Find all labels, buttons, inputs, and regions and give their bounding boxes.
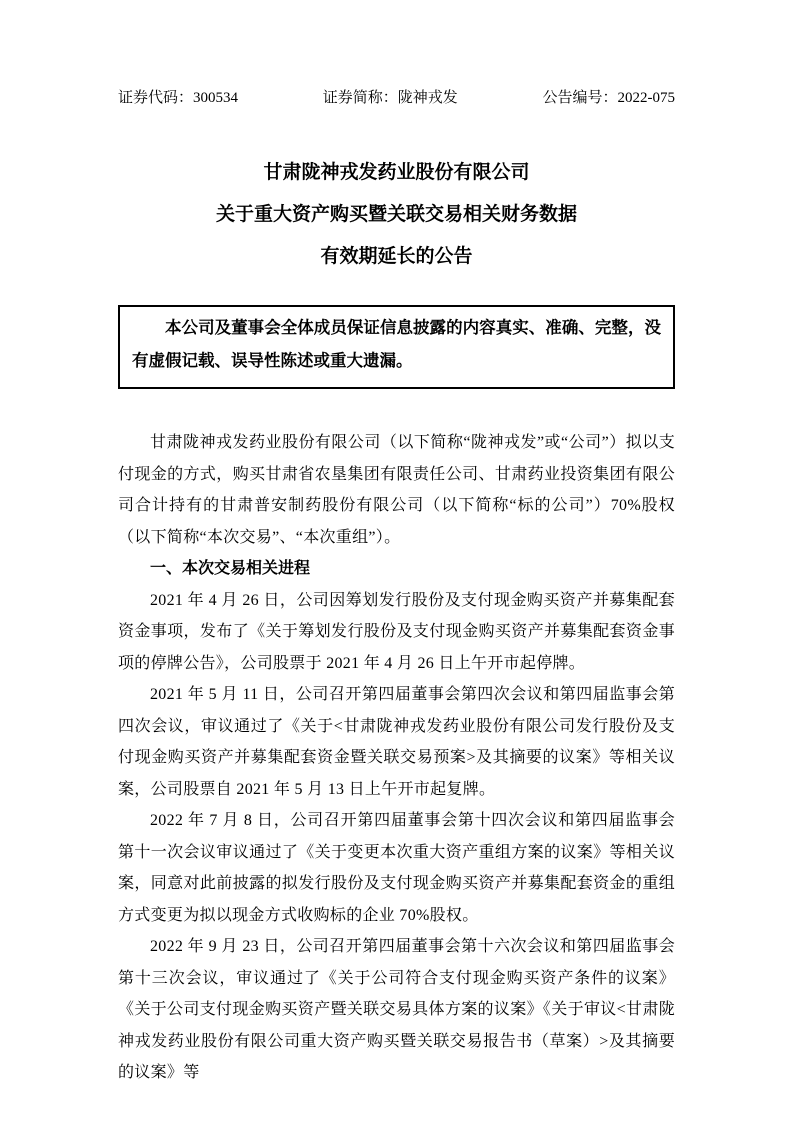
disclosure-notice-box: 本公司及董事会全体成员保证信息披露的内容真实、准确、完整，没有虚假记载、误导性陈… — [118, 305, 675, 389]
progress-paragraph-2022-09-23: 2022 年 9 月 23 日，公司召开第四届董事会第十六次会议和第四届监事会第… — [118, 931, 675, 1089]
title-line-company: 甘肃陇神戎发药业股份有限公司 — [118, 152, 675, 194]
document-body: 甘肃陇神戎发药业股份有限公司（以下简称“陇神戎发”或“公司”）拟以支付现金的方式… — [118, 427, 675, 1089]
progress-paragraph-2021-05-11: 2021 年 5 月 11 日，公司召开第四届董事会第四次会议和第四届监事会第四… — [118, 679, 675, 805]
title-line-type: 有效期延长的公告 — [118, 236, 675, 278]
disclosure-notice-text: 本公司及董事会全体成员保证信息披露的内容真实、准确、完整，没有虚假记载、误导性陈… — [132, 312, 661, 378]
progress-paragraph-2022-07-08: 2022 年 7 月 8 日，公司召开第四届董事会第十四次会议和第四届监事会第十… — [118, 805, 675, 931]
intro-paragraph: 甘肃陇神戎发药业股份有限公司（以下简称“陇神戎发”或“公司”）拟以支付现金的方式… — [118, 427, 675, 553]
announcement-number: 公告编号：2022-075 — [543, 88, 676, 108]
stock-code: 证券代码：300534 — [118, 88, 238, 108]
section-heading-transaction-progress: 一、本次交易相关进程 — [118, 553, 675, 585]
document-header: 证券代码：300534 证券简称：陇神戎发 公告编号：2022-075 — [118, 88, 675, 108]
announcement-page: 证券代码：300534 证券简称：陇神戎发 公告编号：2022-075 甘肃陇神… — [0, 0, 793, 1122]
progress-paragraph-2021-04-26: 2021 年 4 月 26 日，公司因筹划发行股份及支付现金购买资产并募集配套资… — [118, 585, 675, 680]
title-line-subject: 关于重大资产购买暨关联交易相关财务数据 — [118, 194, 675, 236]
document-title: 甘肃陇神戎发药业股份有限公司 关于重大资产购买暨关联交易相关财务数据 有效期延长… — [118, 152, 675, 278]
stock-abbr: 证券简称：陇神戎发 — [323, 88, 458, 108]
